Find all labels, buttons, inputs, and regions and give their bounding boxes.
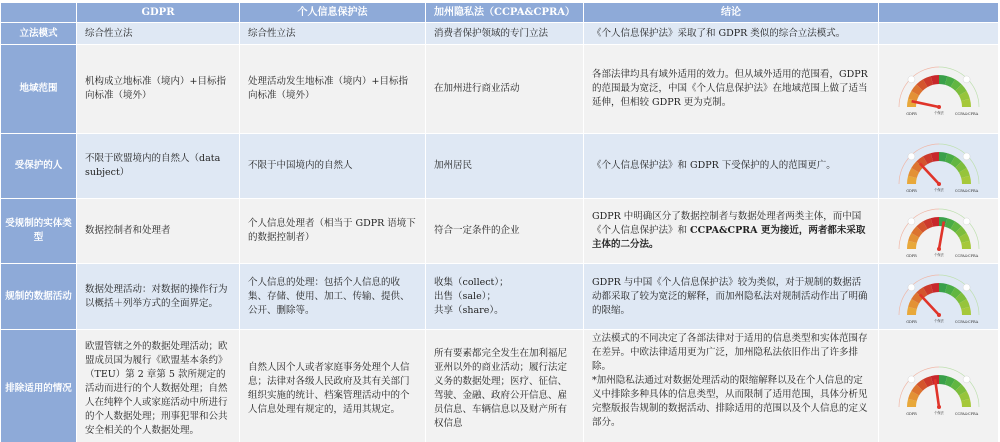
row-label: 排除适用的情况 [1, 330, 77, 442]
cell-ccpa: 在加州进行商业活动 [426, 45, 584, 134]
cell-ccpa: 加州居民 [426, 134, 584, 199]
cell-gdpr: 数据处理活动：对数据的操作行为以概括＋列举方式的全面界定。 [77, 264, 240, 330]
table-row-exclusions: 排除适用的情况 欧盟管辖之外的数据处理活动；欧盟成员国为履行《欧盟基本条约》（T… [1, 330, 999, 442]
cell-gauge-empty [879, 23, 999, 45]
svg-text:个保法: 个保法 [934, 110, 944, 115]
cell-pipl: 个人信息的处理：包括个人信息的收集、存储、使用、加工、传输、提供、公开、删除等。 [240, 264, 426, 330]
svg-text:个保法: 个保法 [934, 187, 944, 192]
ccpa-line: 收集（collect）； [434, 276, 575, 290]
gauge-chart: GDPRCCPA&CPRA个保法 [879, 199, 998, 263]
gauge-svg: GDPRCCPA&CPRA个保法 [889, 357, 989, 421]
cell-ccpa: 所有要素都完全发生在加利福尼亚州以外的商业活动；履行法定义务的数据处理；医疗、征… [426, 330, 584, 442]
cell-gdpr: 综合性立法 [77, 23, 240, 45]
table-row-protected-persons: 受保护的人 不限于欧盟境内的自然人（data subject） 不限于中国境内的… [1, 134, 999, 199]
svg-text:GDPR: GDPR [906, 189, 917, 193]
row-label: 受保护的人 [1, 134, 77, 199]
cell-gdpr: 机构成立地标准（境内）+目标指向标准（境外） [77, 45, 240, 134]
row-label: 立法模式 [1, 23, 77, 45]
cell-conclusion: GDPR 中明确区分了数据控制者与数据处理者两类主体，而中国《个人信息保护法》和… [584, 199, 879, 264]
cell-gauge: GDPRCCPA&CPRA个保法 [879, 330, 999, 442]
cell-ccpa: 收集（collect）； 出售（sale）； 共享（share）。 [426, 264, 584, 330]
gauge-svg: GDPRCCPA&CPRA个保法 [889, 57, 989, 121]
cell-gauge: GDPRCCPA&CPRA个保法 [879, 264, 999, 330]
svg-text:个保法: 个保法 [934, 410, 944, 415]
gauge-svg: GDPRCCPA&CPRA个保法 [889, 199, 989, 263]
header-pipl: 个人信息保护法 [240, 3, 426, 23]
cell-gdpr: 数据控制者和处理者 [77, 199, 240, 264]
svg-text:GDPR: GDPR [906, 254, 917, 258]
cell-pipl: 个人信息处理者（相当于 GDPR 语境下的数据控制者） [240, 199, 426, 264]
gauge-svg: GDPRCCPA&CPRA个保法 [889, 265, 989, 329]
gauge-chart: GDPRCCPA&CPRA个保法 [879, 357, 998, 421]
gauge-chart: GDPRCCPA&CPRA个保法 [879, 134, 998, 198]
cell-pipl: 处理活动发生地标准（境内）+目标指向标准（境外） [240, 45, 426, 134]
cell-gdpr: 不限于欧盟境内的自然人（data subject） [77, 134, 240, 199]
law-comparison-table: GDPR 个人信息保护法 加州隐私法（CCPA&CPRA） 结论 立法模式 综合… [0, 2, 999, 442]
svg-text:CCPA&CPRA: CCPA&CPRA [954, 412, 978, 416]
row-label: 受规制的实体类型 [1, 199, 77, 264]
header-conclusion: 结论 [584, 3, 879, 23]
svg-text:CCPA&CPRA: CCPA&CPRA [954, 112, 978, 116]
cell-gauge: GDPRCCPA&CPRA个保法 [879, 199, 999, 264]
svg-text:CCPA&CPRA: CCPA&CPRA [954, 254, 978, 258]
ccpa-line: 出售（sale）； [434, 290, 575, 304]
svg-text:GDPR: GDPR [906, 320, 917, 324]
svg-text:个保法: 个保法 [934, 252, 944, 257]
cell-ccpa: 符合一定条件的企业 [426, 199, 584, 264]
cell-conclusion: 各部法律均具有域外适用的效力。但从域外适用的范围看，GDPR 的范围最为宽泛，中… [584, 45, 879, 134]
table-row-regulated-activities: 规制的数据活动 数据处理活动：对数据的操作行为以概括＋列举方式的全面界定。 个人… [1, 264, 999, 330]
conclusion-footnote: *加州隐私法通过对数据处理活动的限缩解释以及在个人信息的定义中排除多种具体的信息… [592, 374, 870, 430]
row-label: 地域范围 [1, 45, 77, 134]
svg-text:GDPR: GDPR [906, 112, 917, 116]
cell-pipl: 不限于中国境内的自然人 [240, 134, 426, 199]
header-ccpa: 加州隐私法（CCPA&CPRA） [426, 3, 584, 23]
cell-conclusion: 《个人信息保护法》采取了和 GDPR 类似的综合立法模式。 [584, 23, 879, 45]
header-corner [1, 3, 77, 23]
svg-text:个保法: 个保法 [934, 318, 944, 323]
cell-gdpr: 欧盟管辖之外的数据处理活动；欧盟成员国为履行《欧盟基本条约》（TEU）第 2 章… [77, 330, 240, 442]
cell-gauge: GDPRCCPA&CPRA个保法 [879, 45, 999, 134]
header-gdpr: GDPR [77, 3, 240, 23]
cell-conclusion: 立法模式的不同决定了各部法律对于适用的信息类型和实体范围存在差异。中欧法律适用更… [584, 330, 879, 442]
cell-ccpa: 消费者保护领域的专门立法 [426, 23, 584, 45]
svg-text:CCPA&CPRA: CCPA&CPRA [954, 320, 978, 324]
conclusion-paragraph: 立法模式的不同决定了各部法律对于适用的信息类型和实体范围存在差异。中欧法律适用更… [592, 332, 870, 374]
cell-pipl: 自然人因个人或者家庭事务处理个人信息；法律对各级人民政府及其有关部门组织实施的统… [240, 330, 426, 442]
cell-gauge: GDPRCCPA&CPRA个保法 [879, 134, 999, 199]
svg-text:GDPR: GDPR [906, 412, 917, 416]
gauge-chart: GDPRCCPA&CPRA个保法 [879, 57, 998, 121]
header-row: GDPR 个人信息保护法 加州隐私法（CCPA&CPRA） 结论 [1, 3, 999, 23]
table-row-legislative-model: 立法模式 综合性立法 综合性立法 消费者保护领域的专门立法 《个人信息保护法》采… [1, 23, 999, 45]
row-label: 规制的数据活动 [1, 264, 77, 330]
svg-text:CCPA&CPRA: CCPA&CPRA [954, 189, 978, 193]
gauge-svg: GDPRCCPA&CPRA个保法 [889, 134, 989, 198]
table-row-territorial-scope: 地域范围 机构成立地标准（境内）+目标指向标准（境外） 处理活动发生地标准（境内… [1, 45, 999, 134]
cell-conclusion: 《个人信息保护法》和 GDPR 下受保护的人的范围更广。 [584, 134, 879, 199]
table-row-regulated-entities: 受规制的实体类型 数据控制者和处理者 个人信息处理者（相当于 GDPR 语境下的… [1, 199, 999, 264]
gauge-chart: GDPRCCPA&CPRA个保法 [879, 265, 998, 329]
cell-conclusion: GDPR 与中国《个人信息保护法》较为类似，对于规制的数据活动都采取了较为宽泛的… [584, 264, 879, 330]
cell-pipl: 综合性立法 [240, 23, 426, 45]
ccpa-line: 共享（share）。 [434, 304, 575, 318]
header-gauge [879, 3, 999, 23]
